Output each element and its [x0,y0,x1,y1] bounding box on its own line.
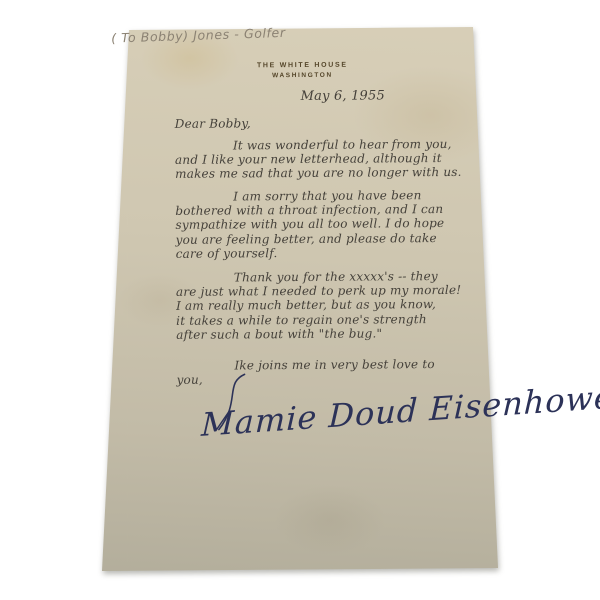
paragraph-2: I am sorry that you have been bothered w… [175,188,460,261]
letter-line: sympathize with you all too well. I do h… [175,216,460,232]
pencil-annotation: ( To Bobby) Jones - Golfer [111,25,286,46]
paragraph-3: Thank you for the xxxxx's -- they are ju… [176,269,461,342]
paragraph-1: It was wonderful to hear from you, and I… [175,137,460,182]
letterhead-line1: THE WHITE HOUSE [202,61,402,69]
letterhead-line2: WASHINGTON [202,71,402,79]
letter-line: it takes a while to regain one's strengt… [176,311,461,327]
letter-content: ( To Bobby) Jones - Golfer THE WHITE HOU… [0,0,600,600]
letter-line: after such a bout with "the bug." [176,326,461,342]
white-house-letterhead: THE WHITE HOUSE WASHINGTON [202,61,402,79]
letter-line: I am really much better, but as you know… [176,297,461,313]
letter-line: care of yourself. [176,245,461,261]
salutation: Dear Bobby, [175,116,251,131]
letter-date: May 6, 1955 [301,88,385,104]
letter-line: you are feeling better, and please do ta… [176,230,461,246]
letter-line: makes me sad that you are no longer with… [175,165,460,181]
letter-photograph: ( To Bobby) Jones - Golfer THE WHITE HOU… [0,0,600,600]
